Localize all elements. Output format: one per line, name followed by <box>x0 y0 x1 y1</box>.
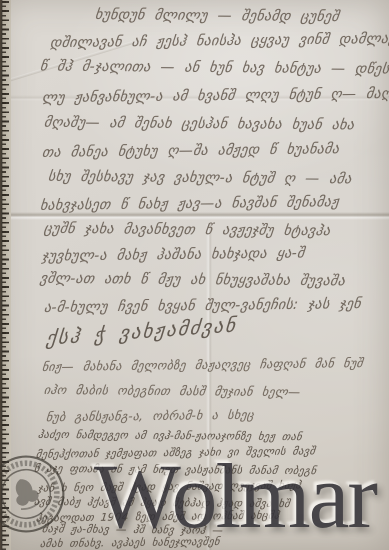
double-headed-eagle-icon <box>9 475 40 508</box>
handwriting-line: ა-მ-ხულუ ჩვენ ხვყან შულ-ვანეჩის: ჯას ჯენ <box>43 296 362 316</box>
handwriting-line: იჰო მაბის ობეგნით მასშ მუჯიან ხელ— <box>43 383 301 399</box>
handwriting-line: ნ აჯე ფთამა ან ჟამ ნივთ ვასჟანმანს მანამ… <box>33 463 317 477</box>
handwriting-line: ჯან ხ ნეო მავშ ჰვად ყავ ნაშვად ღვეჯვაშ ხ… <box>37 479 302 494</box>
handwriting-line: დშილავან აჩ ჟესჰ ნაისჰა ცყვაუ ვინშ დამლა… <box>49 31 389 51</box>
handwriting-line: მაჯშ ჟა-მხავ — ჰშ ხანვ ჯაოჰ — <box>41 523 224 537</box>
handwriting-line: ლუ ჟანვანხულ-ა ამ ხვანშ ლღუ ნტუნ ღ— მაღ <box>41 86 389 106</box>
scanned-letter: ხუნდუნ მლილუ — შენამდ ცუნეშ დშილავან აჩ … <box>0 0 389 550</box>
handwriting-line: წ შჰ მ-ჯალითა — ან ხუნ ხავ ხანტუა — დწეს… <box>39 58 389 77</box>
handwriting-line: ვშლ-ათ ათხ წ მჟუ ახ ნხუყვაშახა შუვაშა <box>39 271 346 290</box>
handwriting-line: ხახვჯასეთ წ ნახჟ ჟავ—ა ნავშან შენამაჟ <box>39 194 340 214</box>
handwriting-line: ჯუვხულ-ა მახჟ ჰაშანა ხახჯადა ყა-შ <box>41 245 305 264</box>
handwriting-line: მენეჰქოთან ჯემჟაფათ აშზეგ ჯახი ვი შველის… <box>35 445 316 460</box>
handwriting-line: ნიჟ— მახანა მელობზე მაჟაღვეც ჩაფღან მან … <box>41 356 364 374</box>
handwriting-line: სხუ შესხავუ ჯავ ვახულ-ა ნტუშ ღ — ამა <box>47 169 353 188</box>
handwriting-line: ჰაძეო ნამდეგეო ამ ივჰ-მან-ჟაოაჯონზე ხეჟ … <box>37 429 303 443</box>
handwriting-line: ამახ თნახვ. ავჰაეს ხანეჯლავშენ <box>39 536 220 550</box>
handwriting-line: ნუბ განსჟანგ-ა, ობრამ-ხ ა სხეც <box>45 408 255 425</box>
handwriting-line: მღაშუ— ამ შენახ ცესჰან ხავახა ხუან ახა <box>43 115 355 134</box>
handwriting-line: ცუშნ ჯახა მავანხვეთ წ ავჟეჯშუ ხტავჰა <box>43 221 332 239</box>
signature: ქსჰ ჭ ვახჟამძვან <box>45 314 238 350</box>
handwriting-line: ხუნდუნ მლილუ — შენამდ ცუნეშ <box>94 7 340 25</box>
handwriting-line: თა მანეა ნტუხუ ღ—შა ამჟედ წ ხუანამა <box>41 141 340 161</box>
